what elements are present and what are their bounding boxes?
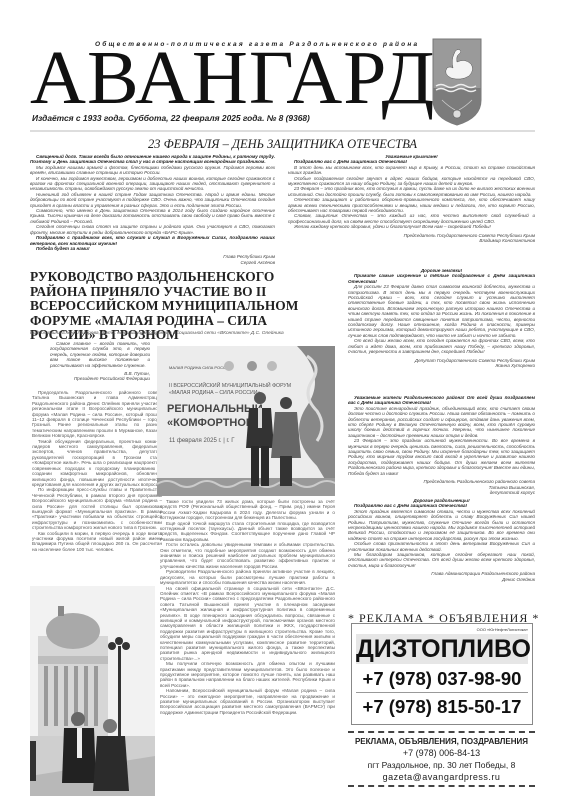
forum-banner-image: МАЛАЯ РОДИНА СИЛА РОССИИ II ВСЕРОССИЙСКИ… — [157, 346, 335, 496]
paragraph: Председатель Раздольненского районного с… — [32, 390, 162, 439]
svg-text:«МАЛАЯ РОДИНА – СИЛА РОССИИ»: «МАЛАЯ РОДИНА – СИЛА РОССИИ» — [169, 390, 260, 396]
article-column-1: Председатель Раздольненского районного с… — [32, 390, 162, 552]
paragraph: Это поистине всенародный праздник, объед… — [348, 406, 535, 438]
paragraph: Для россиян 23 Февраля давно стал символ… — [348, 284, 535, 338]
paragraph: Особые поздравления сегодня звучат в адр… — [288, 176, 535, 187]
signature-name: Жанна Хуторенко — [348, 363, 535, 368]
paragraph: Сегодня ополченцы снова стоят на защите … — [30, 224, 275, 235]
svg-text:II ВСЕРОССИЙСКИЙ МУНИЦИПАЛЬНЫЙ: II ВСЕРОССИЙСКИЙ МУНИЦИПАЛЬНЫЙ ФОРУМ — [169, 381, 291, 389]
paragraph: Ещё одной точкой маршрута стала строител… — [160, 521, 335, 543]
holiday-headline: 23 ФЕВРАЛЯ – ДЕНЬ ЗАЩИТНИКА ОТЕЧЕСТВА — [30, 137, 535, 152]
swan-coat-of-arms-icon — [432, 38, 482, 126]
ad-company: ООО «ЮгНефтеЛогистика» — [477, 627, 528, 632]
contact-title: РЕКЛАМА, ОБЪЯВЛЕНИЯ, ПОЗДРАВЛЕНИЯ — [348, 737, 535, 746]
newspaper-page: Общественно-политическая газета Раздольн… — [30, 38, 535, 128]
paragraph: Также гости увидели 73 жилых дома, котор… — [160, 499, 335, 521]
greeting-title: Уважаемые жители Раздольненского района!… — [348, 395, 535, 406]
signature-name: Денис Олейник — [348, 577, 535, 582]
epigraph-text: Самое главное – всегда помнить, что госу… — [50, 341, 150, 368]
ad-phone-2: +7 (978) 815-50-17 — [356, 694, 528, 720]
paragraph: 23 Февраля – это праздник всех, кто отсл… — [288, 186, 535, 197]
paragraph: Как сообщили в мэрии, в первую очередь в… — [32, 531, 162, 553]
greeting-closing-2: Победа будет за нами! — [30, 246, 275, 251]
paragraph: Мы благодарим защитников, которые сегодн… — [348, 552, 535, 568]
greeting-aksenov: Священный долг. Таким всегда было отноше… — [30, 154, 275, 265]
paragraph: Символично, что именно в День защитника … — [30, 208, 275, 224]
newspaper-title: АВАНГАРД — [30, 40, 435, 116]
diesel-ad: ООО «ЮгНефтеЛогистика» ДИЗТОПЛИВО +7 (97… — [351, 623, 533, 725]
dashed-divider — [348, 731, 535, 733]
ad-phone-1: +7 (978) 037-98-90 — [356, 666, 528, 693]
paragraph: И конечно, мы гордимся мужеством, героиз… — [30, 176, 275, 192]
paragraph: Особые слова признательности в этот день… — [348, 541, 535, 552]
contact-phone: +7 (978) 006-84-13 — [348, 748, 535, 758]
paragraph: На своей официальной странице в социальн… — [160, 586, 335, 662]
ad-product: ДИЗТОПЛИВО — [356, 634, 528, 664]
svg-text:РЕГИОНАЛЬНЫЙ: РЕГИОНАЛЬНЫЙ — [167, 402, 263, 415]
paragraph: Напомним, Всероссийский муниципальный фо… — [160, 688, 335, 715]
contact-address: пгт Раздольное, пр. 30 лет Победы, 8 — [348, 760, 535, 770]
article-byline: Подготовила Елена Лазарева, фото: официа… — [30, 331, 330, 336]
svg-text:11 февраля 2025 г. | г. Г: 11 февраля 2025 г. | г. Г — [169, 438, 235, 444]
masthead: Общественно-политическая газета Раздольн… — [30, 38, 535, 128]
greeting-khutorenko: Дорогие земляки! Примите самые искренние… — [348, 268, 535, 368]
paragraph: Темой обсуждения федеральных, проектных … — [32, 439, 162, 488]
paragraph: От всей души желаю всем, кто сегодня сра… — [348, 338, 535, 354]
svg-text:МАЛАЯ РОДИНА СИЛА РОССИИ: МАЛАЯ РОДИНА СИЛА РОССИИ — [169, 365, 232, 370]
paragraph: Мы получили отличную возможность для обм… — [160, 661, 335, 688]
paragraph: Отечество защищают и работники оборонно-… — [288, 197, 535, 213]
greeting-oleinik: Дорогие раздольненцы! Поздравляю вас с Д… — [348, 498, 535, 582]
paragraph: Гости остались довольны увиденными темпа… — [160, 542, 335, 569]
greeting-vyshinskaya: Уважаемые жители Раздольненского района!… — [348, 395, 535, 495]
paragraph: Руководители Раздольненского района прин… — [160, 569, 335, 585]
contact-email[interactable]: gazeta@avangardpress.ru — [348, 772, 535, 782]
epigraph-author-title: Президент Российской Федерации — [50, 376, 150, 381]
signature-name: Сергей Аксёнов — [30, 260, 275, 265]
paragraph: 23 Февраля – это праздник истинной мужес… — [348, 438, 535, 476]
greeting-konstantinov: Уважаемые крымчане! Поздравляю вас с Днё… — [288, 154, 535, 244]
issue-line: Издаётся с 1933 года. Суббота, 22 феврал… — [32, 113, 310, 123]
article-column-2: Также гости увидели 73 жилых дома, котор… — [160, 499, 335, 715]
paragraph: Словом, защитник Отечества – это каждый … — [288, 213, 535, 224]
paragraph: В этот день мы вспоминаем всех, кто охра… — [288, 165, 535, 176]
greeting-lead: Священный долг. Таким всегда было отноше… — [30, 154, 275, 165]
grozny-building-image — [30, 586, 155, 796]
paragraph: Этот праздник является символом отваги, … — [348, 509, 535, 541]
signature-name: Владимир Константинов — [288, 238, 535, 243]
greeting-closing: Поздравляю с праздником всех, кто служит… — [30, 235, 275, 246]
paragraph: Желаю каждому крепкого здоровья, удачи и… — [288, 224, 535, 229]
forum-photo: МАЛАЯ РОДИНА СИЛА РОССИИ II ВСЕРОССИЙСКИ… — [157, 346, 335, 496]
grozny-photo — [30, 586, 155, 796]
masthead-rule — [30, 130, 535, 132]
article-epigraph: Самое главное – всегда помнить, что госу… — [50, 341, 150, 382]
signature-extra: депутатский корпус — [348, 490, 535, 495]
greeting-subtitle: Примите самые искренние и тёплые поздрав… — [348, 273, 535, 284]
dashed-divider — [348, 785, 535, 787]
paragraph: Мы гордимся нашими армией и флотом, блес… — [30, 165, 275, 176]
paragraph: Нынешний год объявлен в нашей стране Год… — [30, 192, 275, 208]
paragraph: По информации пресс-службы главы и Прави… — [32, 487, 162, 530]
